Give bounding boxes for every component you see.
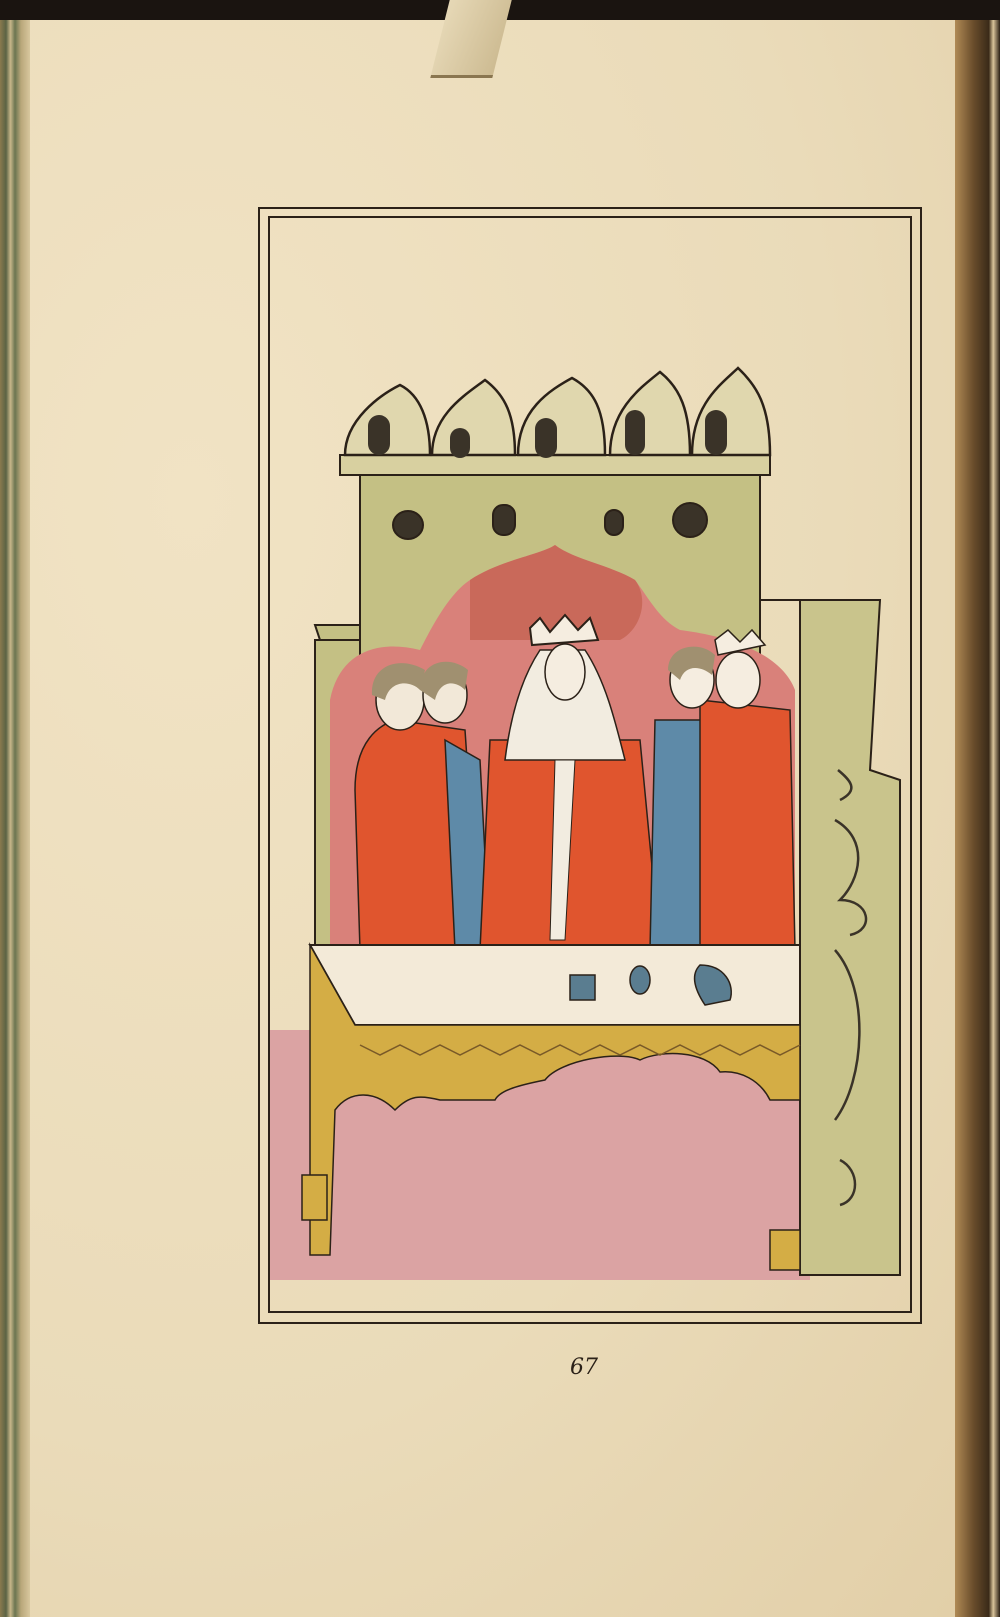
hanging-lamp-icon [302, 1175, 327, 1220]
box-icon [570, 975, 595, 1000]
crown-icon [530, 615, 598, 645]
book-gutter [0, 20, 30, 1617]
miniature-illustration [270, 218, 910, 1311]
page-edge [955, 20, 1000, 1617]
page-number: 67 [570, 1355, 598, 1380]
vessel-icon [630, 966, 650, 994]
